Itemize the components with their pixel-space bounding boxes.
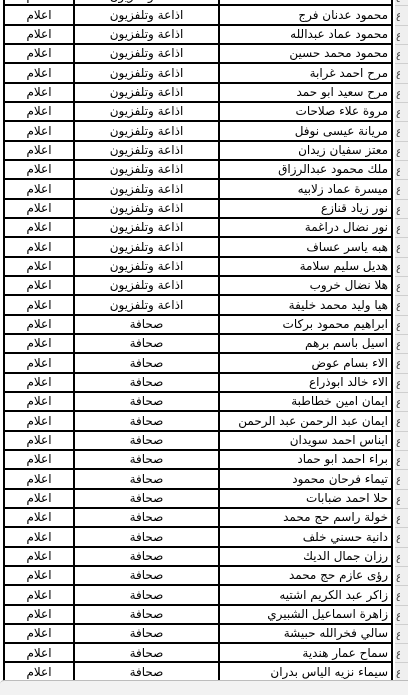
row-edge-cell[interactable]: ع: [395, 219, 408, 238]
cell-student-name[interactable]: خولة راسم حج محمد: [218, 509, 391, 526]
cell-student-name[interactable]: دانية حسني خلف: [218, 528, 391, 545]
cell-faculty[interactable]: اعلام: [3, 200, 73, 217]
cell-major-category[interactable]: صحافة: [73, 316, 218, 333]
cell-faculty[interactable]: اعلام: [3, 567, 73, 584]
cell-student-name[interactable]: محمود عماد عبدالله: [218, 26, 391, 43]
row-edge-cell[interactable]: ع: [395, 625, 408, 644]
clipped-text-fragment: ع: [396, 339, 400, 350]
clipped-text-fragment: ع: [396, 590, 400, 601]
table-row: براء احمد ابو حماد صحافة اعلام: [3, 451, 391, 470]
row-edge-cell[interactable]: ع: [395, 490, 408, 509]
cell-student-name[interactable]: [218, 0, 391, 4]
table-row: معتز سفيان زيدان اذاعة وتلفزيون اعلام: [3, 142, 391, 161]
table-row: خولة راسم حج محمد صحافة اعلام: [3, 509, 391, 528]
cell-faculty[interactable]: اعلام: [3, 64, 73, 81]
clipped-text-fragment: ع: [396, 146, 400, 157]
table-row: ميسرة عماد زلابيه اذاعة وتلفزيون اعلام: [3, 180, 391, 199]
row-edge-cell[interactable]: ع: [395, 374, 408, 393]
row-edge-cell[interactable]: ع: [395, 45, 408, 64]
cell-major-category[interactable]: صحافة: [73, 548, 218, 565]
cell-faculty[interactable]: اعلام: [3, 490, 73, 507]
cell-student-name[interactable]: هيا وليد محمد خليفة: [218, 296, 391, 313]
table-row: نور نضال دراغمة اذاعة وتلفزيون اعلام: [3, 219, 391, 238]
row-edge-cell[interactable]: ع: [395, 64, 408, 83]
cell-student-name[interactable]: سيماء نزيه الياس بدران: [218, 663, 391, 680]
cell-major-category[interactable]: اذاعة وتلفزيون: [73, 142, 218, 159]
cell-student-name[interactable]: مرح سعيد ابو حمد: [218, 84, 391, 101]
table-row: ابراهيم محمود بركات صحافة اعلام: [3, 316, 391, 335]
row-edge-cell[interactable]: ع: [395, 644, 408, 663]
clipped-text-fragment: ع: [396, 49, 400, 60]
cell-faculty[interactable]: اعلام: [3, 0, 73, 4]
table-row: اسيل باسم برهم صحافة اعلام: [3, 335, 391, 354]
clipped-text-fragment: ع: [396, 474, 400, 485]
table-row: ايناس احمد سويدان صحافة اعلام: [3, 432, 391, 451]
cell-student-name[interactable]: رزان جمال الديك: [218, 548, 391, 565]
table-row: مريانة عيسى نوفل اذاعة وتلفزيون اعلام: [3, 122, 391, 141]
bottom-bar: [0, 680, 408, 695]
clipped-text-fragment: ع: [396, 300, 400, 311]
cell-major-category[interactable]: صحافة: [73, 490, 218, 507]
cell-student-name[interactable]: معتز سفيان زيدان: [218, 142, 391, 159]
cell-major-category[interactable]: اذاعة وتلفزيون: [73, 0, 218, 4]
cell-student-name[interactable]: محمود عدنان فرج: [218, 6, 391, 23]
cell-student-name[interactable]: تيماء فرحان محمود: [218, 470, 391, 487]
cell-student-name[interactable]: هبه ياسر عساف: [218, 238, 391, 255]
cell-major-category[interactable]: اذاعة وتلفزيون: [73, 296, 218, 313]
row-edge-cell[interactable]: ع: [395, 316, 408, 335]
table-row: ايمان عبد الرحمن عبد الرحمن صحافة اعلام: [3, 412, 391, 431]
row-edge-cell[interactable]: ع: [395, 586, 408, 605]
cell-student-name[interactable]: ابراهيم محمود بركات: [218, 316, 391, 333]
cell-major-category[interactable]: اذاعة وتلفزيون: [73, 219, 218, 236]
row-edge-cell[interactable]: ع: [395, 509, 408, 528]
table-row: دانية حسني خلف صحافة اعلام: [3, 528, 391, 547]
cell-student-name[interactable]: الاء بسام عوض: [218, 354, 391, 371]
clipped-text-fragment: ع: [396, 667, 400, 678]
records-table: اذاعة وتلفزيون اعلام محمود عدنان فرج اذا…: [3, 0, 393, 683]
cell-faculty[interactable]: اعلام: [3, 509, 73, 526]
cell-major-category[interactable]: اذاعة وتلفزيون: [73, 26, 218, 43]
cell-major-category[interactable]: صحافة: [73, 470, 218, 487]
cell-faculty[interactable]: اعلام: [3, 6, 73, 23]
cell-student-name[interactable]: سماح عمار هندية: [218, 644, 391, 661]
table-row: محمود محمد حسين اذاعة وتلفزيون اعلام: [3, 45, 391, 64]
cell-student-name[interactable]: سالي فخرالله حبيشة: [218, 625, 391, 642]
cell-faculty[interactable]: اعلام: [3, 296, 73, 313]
cell-major-category[interactable]: اذاعة وتلفزيون: [73, 200, 218, 217]
cell-faculty[interactable]: اعلام: [3, 412, 73, 429]
clipped-text-fragment: ع: [396, 571, 400, 582]
table-row: زاهرة اسماعيل الشبيري صحافة اعلام: [3, 606, 391, 625]
clipped-text-fragment: ع: [396, 610, 400, 621]
cell-major-category[interactable]: اذاعة وتلفزيون: [73, 238, 218, 255]
cell-major-category[interactable]: اذاعة وتلفزيون: [73, 6, 218, 23]
cell-faculty[interactable]: اعلام: [3, 277, 73, 294]
row-edge-cell[interactable]: ع: [395, 26, 408, 45]
cell-major-category[interactable]: صحافة: [73, 586, 218, 603]
clipped-text-fragment: ع: [396, 532, 400, 543]
cell-major-category[interactable]: صحافة: [73, 451, 218, 468]
table-row: سماح عمار هندية صحافة اعلام: [3, 644, 391, 663]
cell-faculty[interactable]: اعلام: [3, 451, 73, 468]
row-edge-cell[interactable]: ع: [395, 451, 408, 470]
row-edge-cell[interactable]: ع: [395, 296, 408, 315]
clipped-text-fragment: ع: [396, 165, 400, 176]
table-row: الاء بسام عوض صحافة اعلام: [3, 354, 391, 373]
clipped-text-fragment: ع: [396, 223, 400, 234]
cell-student-name[interactable]: ميسرة عماد زلابيه: [218, 180, 391, 197]
cell-major-category[interactable]: اذاعة وتلفزيون: [73, 84, 218, 101]
row-edge-cell[interactable]: ع: [395, 412, 408, 431]
cell-faculty[interactable]: اعلام: [3, 470, 73, 487]
clipped-text-fragment: ع: [396, 242, 400, 253]
row-edge-cell[interactable]: ع: [395, 142, 408, 161]
clipped-text-fragment: ع: [396, 262, 400, 273]
cell-student-name[interactable]: ايناس احمد سويدان: [218, 432, 391, 449]
clipped-text-fragment: ع: [396, 0, 400, 2]
cell-student-name[interactable]: زاهرة اسماعيل الشبيري: [218, 606, 391, 623]
cell-faculty[interactable]: اعلام: [3, 316, 73, 333]
cell-student-name[interactable]: هديل سليم سلامة: [218, 258, 391, 275]
cell-student-name[interactable]: هلا نضال خروب: [218, 277, 391, 294]
table-row: ايمان امين خطاطبة صحافة اعلام: [3, 393, 391, 412]
cell-major-category[interactable]: صحافة: [73, 644, 218, 661]
row-edge-cell[interactable]: ع: [395, 567, 408, 586]
cell-major-category[interactable]: صحافة: [73, 663, 218, 680]
cell-student-name[interactable]: ايمان عبد الرحمن عبد الرحمن: [218, 412, 391, 429]
table-row: مروة علاء صلاحات اذاعة وتلفزيون اعلام: [3, 103, 391, 122]
cell-major-category[interactable]: صحافة: [73, 625, 218, 642]
cell-student-name[interactable]: ايمان امين خطاطبة: [218, 393, 391, 410]
row-edge-cell[interactable]: ع: [395, 103, 408, 122]
table-row: ملك محمود عبدالرزاق اذاعة وتلفزيون اعلام: [3, 161, 391, 180]
cell-major-category[interactable]: اذاعة وتلفزيون: [73, 122, 218, 139]
row-edge-cell[interactable]: ع: [395, 393, 408, 412]
cell-major-category[interactable]: صحافة: [73, 335, 218, 352]
cell-student-name[interactable]: نور زياد قنازع: [218, 200, 391, 217]
table-row: حلا احمد ضبابات صحافة اعلام: [3, 490, 391, 509]
table-row: تيماء فرحان محمود صحافة اعلام: [3, 470, 391, 489]
cell-faculty[interactable]: اعلام: [3, 335, 73, 352]
cell-faculty[interactable]: اعلام: [3, 103, 73, 120]
cell-student-name[interactable]: الاء خالد ابوذراع: [218, 374, 391, 391]
table-row: مرح سعيد ابو حمد اذاعة وتلفزيون اعلام: [3, 84, 391, 103]
row-edge-cell[interactable]: ع: [395, 528, 408, 547]
cell-faculty[interactable]: اعلام: [3, 606, 73, 623]
cell-faculty[interactable]: اعلام: [3, 161, 73, 178]
row-edge-cell[interactable]: ع: [395, 354, 408, 373]
cell-faculty[interactable]: اعلام: [3, 238, 73, 255]
clipped-text-fragment: ع: [396, 648, 400, 659]
table-row: محمود عماد عبدالله اذاعة وتلفزيون اعلام: [3, 26, 391, 45]
clipped-text-fragment: ع: [396, 107, 400, 118]
cell-major-category[interactable]: اذاعة وتلفزيون: [73, 161, 218, 178]
cell-faculty[interactable]: اعلام: [3, 180, 73, 197]
clipped-text-fragment: ع: [396, 378, 400, 389]
cell-student-name[interactable]: براء احمد ابو حماد: [218, 451, 391, 468]
table-row: هلا نضال خروب اذاعة وتلفزيون اعلام: [3, 277, 391, 296]
cell-faculty[interactable]: اعلام: [3, 548, 73, 565]
clipped-edge-column: ع ع ع ع ع ع ع: [395, 0, 408, 683]
cell-faculty[interactable]: اعلام: [3, 393, 73, 410]
cell-student-name[interactable]: زاكر عبد الكريم اشتيه: [218, 586, 391, 603]
cell-major-category[interactable]: صحافة: [73, 509, 218, 526]
cell-major-category[interactable]: اذاعة وتلفزيون: [73, 64, 218, 81]
cell-major-category[interactable]: صحافة: [73, 374, 218, 391]
cell-major-category[interactable]: اذاعة وتلفزيون: [73, 45, 218, 62]
clipped-text-fragment: ع: [396, 513, 400, 524]
table-row: هيا وليد محمد خليفة اذاعة وتلفزيون اعلام: [3, 296, 391, 315]
row-edge-cell[interactable]: ع: [395, 238, 408, 257]
row-edge-cell[interactable]: ع: [395, 258, 408, 277]
cell-faculty[interactable]: اعلام: [3, 374, 73, 391]
cell-major-category[interactable]: صحافة: [73, 567, 218, 584]
row-edge-cell[interactable]: ع: [395, 200, 408, 219]
clipped-text-fragment: ع: [396, 358, 400, 369]
cell-major-category[interactable]: اذاعة وتلفزيون: [73, 103, 218, 120]
clipped-text-fragment: ع: [396, 416, 400, 427]
clipped-text-fragment: ع: [396, 126, 400, 137]
row-edge-cell[interactable]: ع: [395, 161, 408, 180]
cell-student-name[interactable]: محمود محمد حسين: [218, 45, 391, 62]
clipped-text-fragment: ع: [396, 397, 400, 408]
cell-major-category[interactable]: صحافة: [73, 412, 218, 429]
row-edge-cell[interactable]: ع: [395, 6, 408, 25]
cell-faculty[interactable]: اعلام: [3, 258, 73, 275]
cell-faculty[interactable]: اعلام: [3, 432, 73, 449]
table-row: زاكر عبد الكريم اشتيه صحافة اعلام: [3, 586, 391, 605]
cell-faculty[interactable]: اعلام: [3, 84, 73, 101]
clipped-text-fragment: ع: [396, 455, 400, 466]
clipped-text-fragment: ع: [396, 68, 400, 79]
cell-faculty[interactable]: اعلام: [3, 142, 73, 159]
cell-student-name[interactable]: مريانة عيسى نوفل: [218, 122, 391, 139]
table-row: نور زياد قنازع اذاعة وتلفزيون اعلام: [3, 200, 391, 219]
cell-student-name[interactable]: مرح احمد غرابة: [218, 64, 391, 81]
cell-major-category[interactable]: صحافة: [73, 528, 218, 545]
cell-major-category[interactable]: صحافة: [73, 354, 218, 371]
row-edge-cell[interactable]: ع: [395, 84, 408, 103]
clipped-text-fragment: ع: [396, 629, 400, 640]
clipped-text-fragment: ع: [396, 281, 400, 292]
cell-faculty[interactable]: اعلام: [3, 586, 73, 603]
cell-major-category[interactable]: اذاعة وتلفزيون: [73, 277, 218, 294]
clipped-text-fragment: ع: [396, 10, 400, 21]
cell-faculty[interactable]: اعلام: [3, 122, 73, 139]
cell-faculty[interactable]: اعلام: [3, 528, 73, 545]
row-edge-cell[interactable]: ع: [395, 606, 408, 625]
table-row: الاء خالد ابوذراع صحافة اعلام: [3, 374, 391, 393]
row-edge-cell[interactable]: ع: [395, 122, 408, 141]
cell-student-name[interactable]: اسيل باسم برهم: [218, 335, 391, 352]
clipped-text-fragment: ع: [396, 494, 400, 505]
table-row: محمود عدنان فرج اذاعة وتلفزيون اعلام: [3, 6, 391, 25]
cell-faculty[interactable]: اعلام: [3, 354, 73, 371]
cell-major-category[interactable]: صحافة: [73, 393, 218, 410]
row-edge-cell[interactable]: ع: [395, 335, 408, 354]
row-edge-cell[interactable]: ع: [395, 180, 408, 199]
cell-faculty[interactable]: اعلام: [3, 45, 73, 62]
table-row: سالي فخرالله حبيشة صحافة اعلام: [3, 625, 391, 644]
table-row: رزان جمال الديك صحافة اعلام: [3, 548, 391, 567]
spreadsheet-view: اذاعة وتلفزيون اعلام محمود عدنان فرج اذا…: [0, 0, 408, 695]
cell-faculty[interactable]: اعلام: [3, 26, 73, 43]
row-edge-cell[interactable]: ع: [395, 432, 408, 451]
clipped-text-fragment: ع: [396, 184, 400, 195]
cell-student-name[interactable]: ملك محمود عبدالرزاق: [218, 161, 391, 178]
clipped-text-fragment: ع: [396, 204, 400, 215]
clipped-text-fragment: ع: [396, 552, 400, 563]
cell-student-name[interactable]: رؤى عازم حج محمد: [218, 567, 391, 584]
cell-faculty[interactable]: اعلام: [3, 625, 73, 642]
cell-major-category[interactable]: اذاعة وتلفزيون: [73, 258, 218, 275]
cell-major-category[interactable]: صحافة: [73, 606, 218, 623]
cell-major-category[interactable]: صحافة: [73, 432, 218, 449]
cell-major-category[interactable]: اذاعة وتلفزيون: [73, 180, 218, 197]
table-row: رؤى عازم حج محمد صحافة اعلام: [3, 567, 391, 586]
cell-faculty[interactable]: اعلام: [3, 219, 73, 236]
clipped-text-fragment: ع: [396, 30, 400, 41]
table-row: هديل سليم سلامة اذاعة وتلفزيون اعلام: [3, 258, 391, 277]
clipped-text-fragment: ع: [396, 436, 400, 447]
table-row: مرح احمد غرابة اذاعة وتلفزيون اعلام: [3, 64, 391, 83]
row-edge-cell[interactable]: ع: [395, 470, 408, 489]
cell-student-name[interactable]: نور نضال دراغمة: [218, 219, 391, 236]
cell-faculty[interactable]: اعلام: [3, 644, 73, 661]
cell-student-name[interactable]: مروة علاء صلاحات: [218, 103, 391, 120]
cell-student-name[interactable]: حلا احمد ضبابات: [218, 490, 391, 507]
clipped-text-fragment: ع: [396, 88, 400, 99]
row-edge-cell[interactable]: ع: [395, 548, 408, 567]
clipped-text-fragment: ع: [396, 320, 400, 331]
table-row: هبه ياسر عساف اذاعة وتلفزيون اعلام: [3, 238, 391, 257]
row-edge-cell[interactable]: ع: [395, 277, 408, 296]
cell-faculty[interactable]: اعلام: [3, 663, 73, 680]
